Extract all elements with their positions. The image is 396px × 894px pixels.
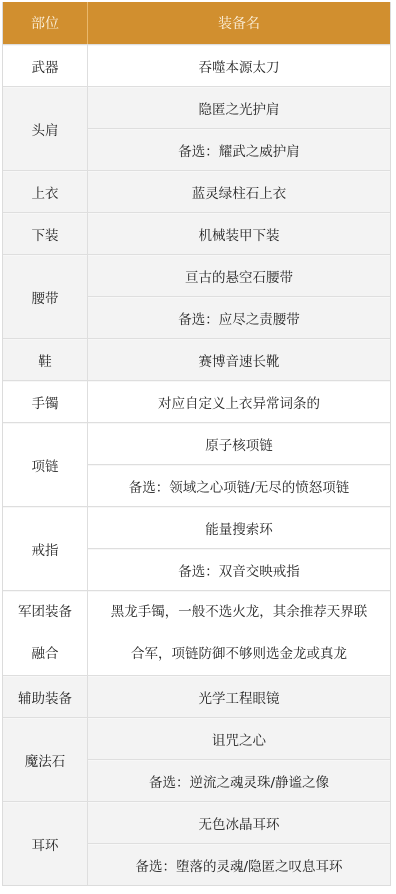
part-cell: 手镯 (3, 380, 88, 422)
equipment-cell: 隐匿之光护肩 (88, 86, 390, 128)
table-row-ring: 戒指 能量搜索环 (3, 506, 390, 548)
equipment-alt-cell: 备选：逆流之魂灵珠/静谧之像 (88, 759, 390, 801)
equipment-cell: 对应自定义上衣异常词条的 (88, 380, 390, 422)
part-line: 军团装备 (3, 591, 87, 633)
part-cell: 上衣 (3, 170, 88, 212)
table-row-legion-fusion: 军团装备 融合 黑龙手镯，一般不选火龙，其余推荐天界联 合军，项链防御不够则选金… (3, 590, 390, 675)
equipment-alt-cell: 备选：耀武之威护肩 (88, 128, 390, 170)
equipment-cell: 能量搜索环 (88, 506, 390, 548)
equipment-cell: 诅咒之心 (88, 717, 390, 759)
part-cell: 魔法石 (3, 717, 88, 801)
table-row-bottom: 下装 机械装甲下装 (3, 212, 390, 254)
part-line: 融合 (3, 633, 87, 675)
table-row-necklace: 项链 原子核项链 (3, 422, 390, 464)
equipment-cell: 赛博音速长靴 (88, 338, 390, 380)
part-cell: 军团装备 融合 (3, 590, 88, 675)
part-cell: 头肩 (3, 86, 88, 170)
part-cell: 武器 (3, 44, 88, 86)
equipment-alt-cell: 备选：应尽之责腰带 (88, 296, 390, 338)
table-row-shoes: 鞋 赛博音速长靴 (3, 338, 390, 380)
equipment-cell: 吞噬本源太刀 (88, 44, 390, 86)
part-cell: 耳环 (3, 801, 88, 885)
part-cell: 腰带 (3, 254, 88, 338)
part-cell: 戒指 (3, 506, 88, 590)
table-row-shoulder: 头肩 隐匿之光护肩 (3, 86, 390, 128)
part-cell: 下装 (3, 212, 88, 254)
table-row-top: 上衣 蓝灵绿柱石上衣 (3, 170, 390, 212)
equipment-table: 部位 装备名 武器 吞噬本源太刀 头肩 隐匿之光护肩 备选：耀武之威护肩 上衣 … (2, 2, 391, 886)
table-row-earring: 耳环 无色冰晶耳环 (3, 801, 390, 843)
part-cell: 项链 (3, 422, 88, 506)
equipment-cell: 原子核项链 (88, 422, 390, 464)
table-header-row: 部位 装备名 (3, 2, 390, 44)
equipment-alt-cell: 备选：双音交映戒指 (88, 548, 390, 590)
equipment-cell: 无色冰晶耳环 (88, 801, 390, 843)
equipment-cell: 光学工程眼镜 (88, 675, 390, 717)
equipment-cell: 亘古的悬空石腰带 (88, 254, 390, 296)
column-header-equipment: 装备名 (88, 2, 390, 44)
table-row-bracelet: 手镯 对应自定义上衣异常词条的 (3, 380, 390, 422)
equipment-text-line: 黑龙手镯，一般不选火龙，其余推荐天界联 (88, 591, 390, 633)
table-row-magic-stone: 魔法石 诅咒之心 (3, 717, 390, 759)
equipment-text-line: 合军，项链防御不够则选金龙或真龙 (88, 633, 390, 675)
table-row-support: 辅助装备 光学工程眼镜 (3, 675, 390, 717)
equipment-alt-cell: 备选：领域之心项链/无尽的愤怒项链 (88, 464, 390, 506)
table-row-weapon: 武器 吞噬本源太刀 (3, 44, 390, 86)
equipment-cell: 黑龙手镯，一般不选火龙，其余推荐天界联 合军，项链防御不够则选金龙或真龙 (88, 590, 390, 675)
equipment-cell: 机械装甲下装 (88, 212, 390, 254)
part-cell: 辅助装备 (3, 675, 88, 717)
equipment-alt-cell: 备选：堕落的灵魂/隐匿之叹息耳环 (88, 843, 390, 885)
part-cell: 鞋 (3, 338, 88, 380)
table-row-belt: 腰带 亘古的悬空石腰带 (3, 254, 390, 296)
column-header-part: 部位 (3, 2, 88, 44)
equipment-cell: 蓝灵绿柱石上衣 (88, 170, 390, 212)
